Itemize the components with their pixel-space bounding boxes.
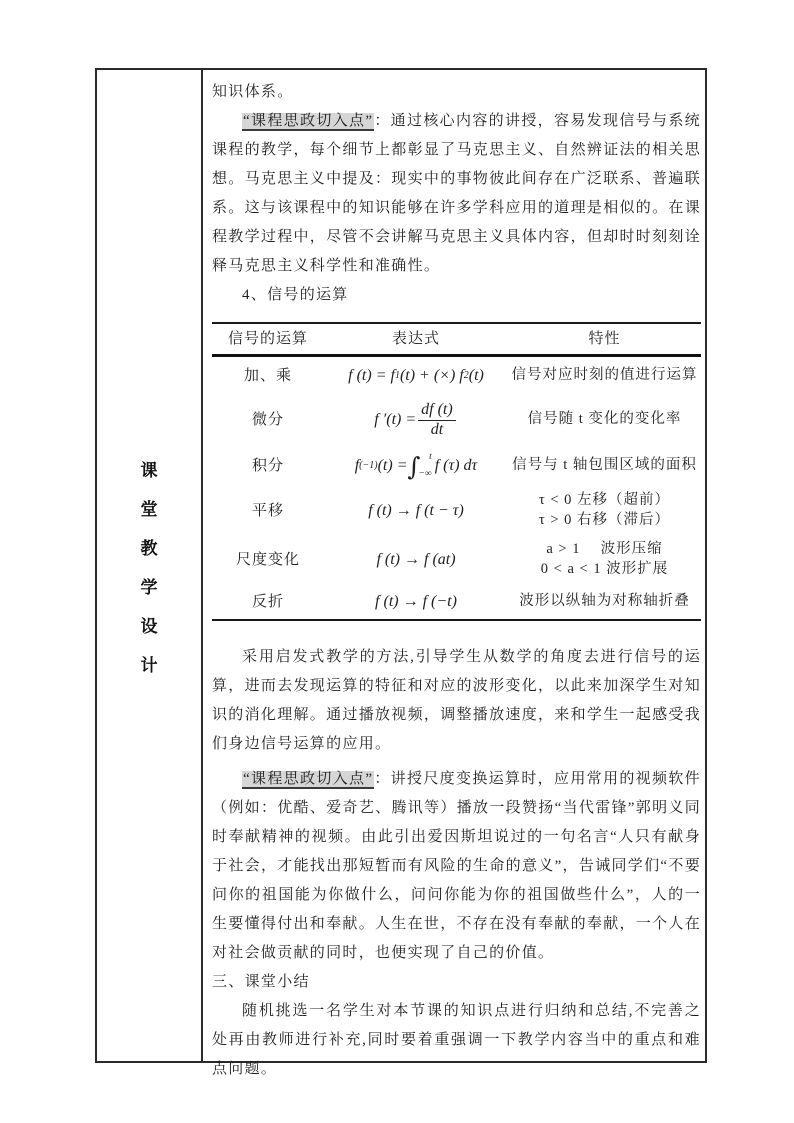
feature-cell: τ < 0 左移（超前）τ > 0 右移（滞后） <box>508 487 701 535</box>
op-cell: 微分 <box>212 395 324 445</box>
formula-text: (t) = <box>378 455 408 477</box>
paragraph-heuristic-teaching: 采用启发式教学的方法,引导学生从数学的角度去进行信号的运算，进而去发现运算的特征… <box>212 643 701 759</box>
sizheng-1-text: ：通过核心内容的讲授，容易发现信号与系统课程的教学，每个细节上都彰显了马克思主义… <box>212 113 701 274</box>
feature-line: τ > 0 右移（滞后） <box>539 511 670 531</box>
table-row-integration: 积分 f(−1)(t) = ∫t−∞f (τ) dτ 信号与 t 轴包围区域的面… <box>212 445 701 487</box>
feature-cell: 波形以纵轴为对称轴折叠 <box>508 585 701 619</box>
fraction-denominator: dt <box>431 421 443 439</box>
fraction-numerator: df (t) <box>418 401 456 420</box>
formula-cell: f (t) → f (t − τ) <box>324 487 508 535</box>
table-row-reflection: 反折 f (t) → f (−t) 波形以纵轴为对称轴折叠 <box>212 585 701 619</box>
op-cell: 积分 <box>212 445 324 487</box>
paragraph-sizheng-2: “课程思政切入点”：讲授尺度变换运算时，应用常用的视频软件（例如：优酷、爱奇艺、… <box>212 765 701 968</box>
op-cell: 加、乘 <box>212 357 324 395</box>
vertical-label-char: 堂 <box>141 495 158 520</box>
feature-cell: 信号随 t 变化的变化率 <box>508 395 701 445</box>
signal-operations-table: 信号的运算 表达式 特性 加、乘 f (t) = f1(t) + (×) f2(… <box>212 322 701 621</box>
feature-line: 信号与 t 轴包围区域的面积 <box>512 456 697 476</box>
vertical-label-char: 课 <box>141 456 158 481</box>
formula-text: (t) + (×) f <box>400 365 464 387</box>
formula-cell: f ′(t) = df (t)dt <box>324 395 508 445</box>
header-operation: 信号的运算 <box>212 324 324 354</box>
feature-cell: 信号与 t 轴包围区域的面积 <box>508 445 701 487</box>
sizheng-highlight-label: “课程思政切入点” <box>242 113 374 131</box>
section-heading-class-summary: 三、课堂小结 <box>212 968 701 997</box>
header-expression: 表达式 <box>324 324 508 354</box>
vertical-label-char: 教 <box>141 534 158 559</box>
formula-cell: f (t) → f (−t) <box>324 585 508 619</box>
integral-sign: ∫ <box>408 450 421 484</box>
feature-cell: 信号对应时刻的值进行运算 <box>508 357 701 395</box>
formula-cell: f(−1)(t) = ∫t−∞f (τ) dτ <box>324 445 508 487</box>
lesson-plan-outer-table: 课 堂 教 学 设 计 知识体系。 “课程思政切入点”：通过核心内容的讲授，容易… <box>95 68 707 1063</box>
integral-upper-limit: t <box>429 453 432 463</box>
header-characteristic: 特性 <box>508 324 701 354</box>
section-heading-signal-operations: 4、信号的运算 <box>212 281 701 310</box>
paragraph-class-summary: 随机挑选一名学生对本节课的知识点进行归纳和总结,不完善之处再由教师进行补充,同时… <box>212 997 701 1084</box>
formula-text: (t) <box>469 365 484 387</box>
formula-superscript: (−1) <box>359 459 377 473</box>
feature-cell: a > 1 波形压缩0 < a < 1 波形扩展 <box>508 535 701 585</box>
paragraph-knowledge-system: 知识体系。 <box>212 78 701 107</box>
formula-cell: f (t) = f1(t) + (×) f2(t) <box>324 357 508 395</box>
feature-line: a > 1 波形压缩 <box>546 540 662 560</box>
fraction: df (t)dt <box>418 401 456 439</box>
paragraph-sizheng-1: “课程思政切入点”：通过核心内容的讲授，容易发现信号与系统课程的教学，每个细节上… <box>212 107 701 281</box>
feature-line: 波形以纵轴为对称轴折叠 <box>519 592 690 612</box>
formula-text: f (τ) dτ <box>435 455 478 477</box>
table-row-add-multiply: 加、乘 f (t) = f1(t) + (×) f2(t) 信号对应时刻的值进行… <box>212 357 701 395</box>
formula-cell: f (t) → f (at) <box>324 535 508 585</box>
row-label-classroom-teaching-design: 课 堂 教 学 设 计 <box>97 70 203 1061</box>
formula-text: f (t) → f (−t) <box>375 591 457 613</box>
vertical-label-char: 计 <box>141 651 158 676</box>
vertical-label-char: 设 <box>141 612 158 637</box>
op-cell: 尺度变化 <box>212 535 324 585</box>
sizheng-highlight-label: “课程思政切入点” <box>242 771 374 789</box>
formula-text: f (t) → f (t − τ) <box>368 500 464 522</box>
table-row-scaling: 尺度变化 f (t) → f (at) a > 1 波形压缩0 < a < 1 … <box>212 535 701 585</box>
table-row-differentiation: 微分 f ′(t) = df (t)dt 信号随 t 变化的变化率 <box>212 395 701 445</box>
op-cell: 平移 <box>212 487 324 535</box>
op-cell: 反折 <box>212 585 324 619</box>
formula-text: f ′(t) = <box>374 409 416 431</box>
table-header-row: 信号的运算 表达式 特性 <box>212 324 701 357</box>
formula-text: f (t) → f (at) <box>376 549 455 571</box>
table-row-time-shift: 平移 f (t) → f (t − τ) τ < 0 左移（超前）τ > 0 右… <box>212 487 701 535</box>
vertical-label-char: 学 <box>141 573 158 598</box>
sizheng-2-text: ：讲授尺度变换运算时，应用常用的视频软件（例如：优酷、爱奇艺、腾讯等）播放一段赞… <box>212 771 701 961</box>
feature-line: 信号对应时刻的值进行运算 <box>512 366 698 386</box>
formula-text: f (t) = f <box>348 365 395 387</box>
content-cell: 知识体系。 “课程思政切入点”：通过核心内容的讲授，容易发现信号与系统课程的教学… <box>203 70 705 1061</box>
feature-line: 信号随 t 变化的变化率 <box>528 410 682 430</box>
feature-line: τ < 0 左移（超前） <box>539 491 670 511</box>
feature-line: 0 < a < 1 波形扩展 <box>541 560 668 580</box>
